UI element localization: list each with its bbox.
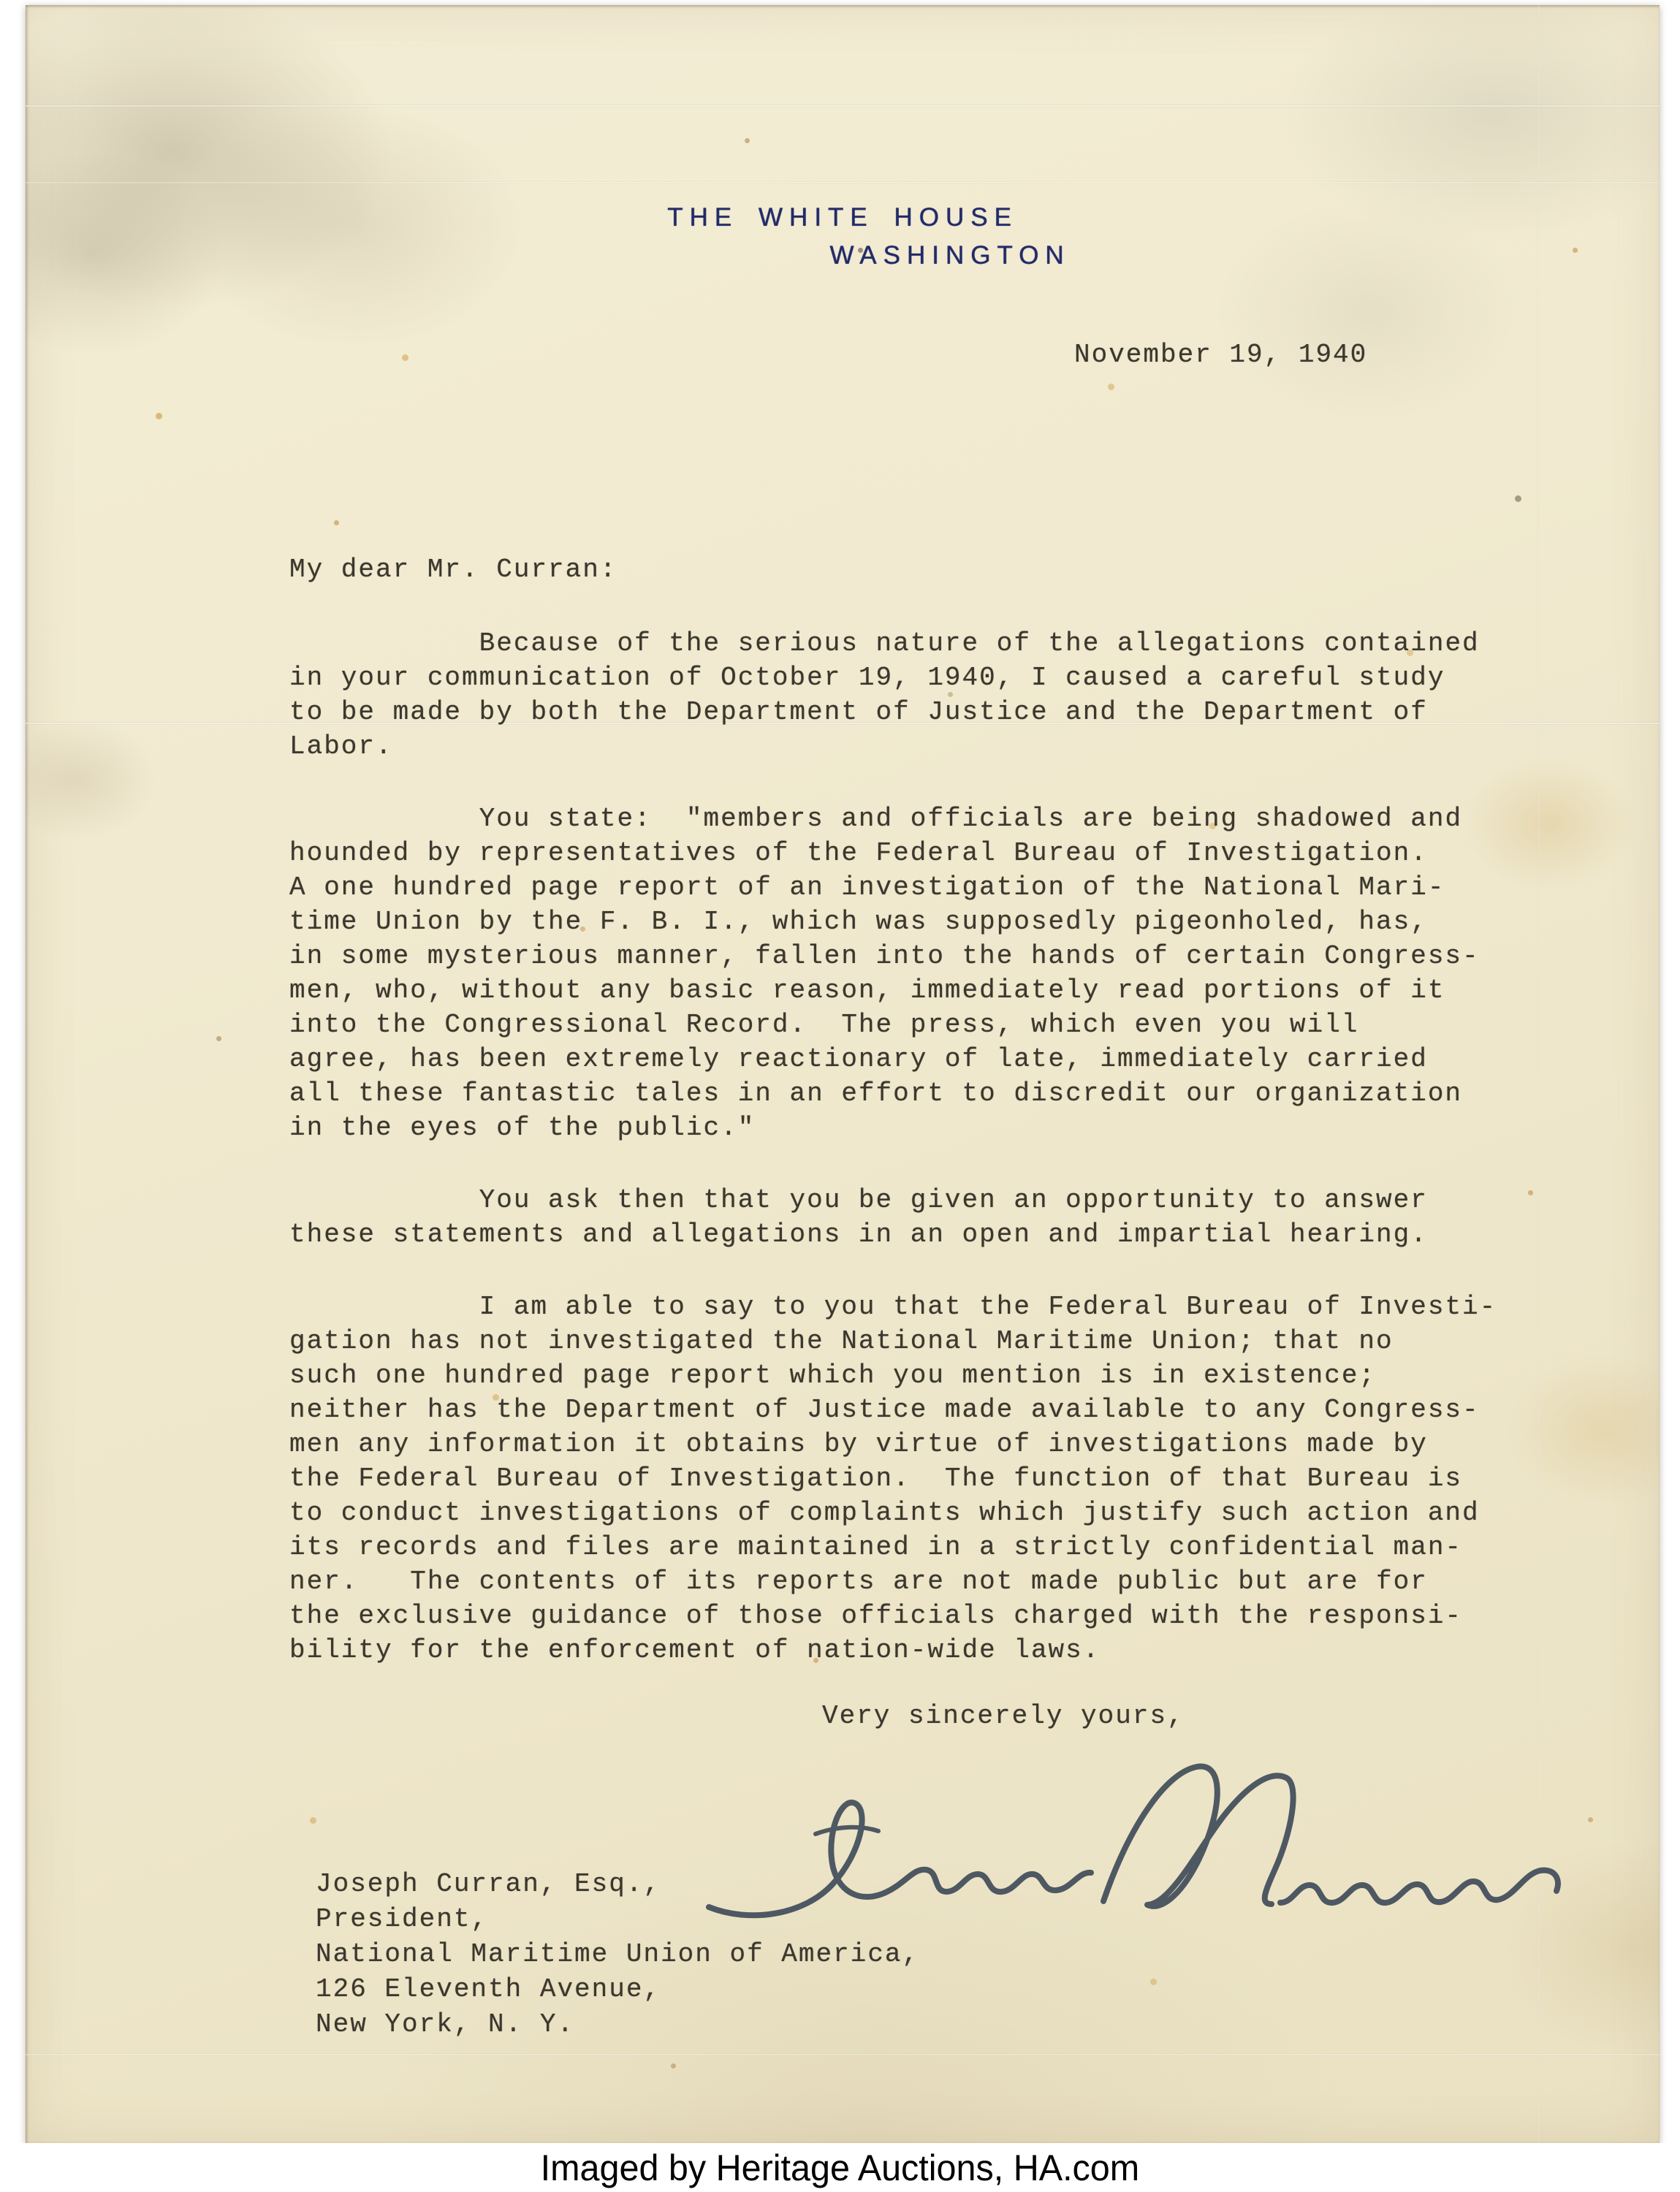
paragraph-4: I am able to say to you that the Federal… [289, 1290, 1532, 1667]
fold-crease-upper [26, 181, 1660, 184]
letter-body: My dear Mr. Curran: Because of the serio… [289, 552, 1532, 1705]
letterhead-title: THE WHITE HOUSE [26, 203, 1660, 232]
footer-caption-band: Imaged by Heritage Auctions, HA.com [0, 2143, 1680, 2192]
letter-date: November 19, 1940 [1074, 338, 1367, 372]
letterhead-city: WASHINGTON [240, 241, 1660, 270]
scanned-letter-paper: THE WHITE HOUSE WASHINGTON November 19, … [26, 5, 1660, 2143]
paragraph-2: You state: "members and officials are be… [289, 802, 1532, 1145]
fold-crease-bottom [26, 2053, 1660, 2056]
paper-speckles [26, 5, 29, 9]
recipient-address-block: Joseph Curran, Esq., President, National… [316, 1867, 919, 2042]
fold-crease-top [26, 104, 1660, 107]
salutation: My dear Mr. Curran: [289, 552, 1532, 587]
paragraph-3: You ask then that you be given an opport… [289, 1183, 1532, 1252]
footer-caption: Imaged by Heritage Auctions, HA.com [541, 2147, 1140, 2189]
paragraph-1: Because of the serious nature of the all… [289, 626, 1532, 764]
